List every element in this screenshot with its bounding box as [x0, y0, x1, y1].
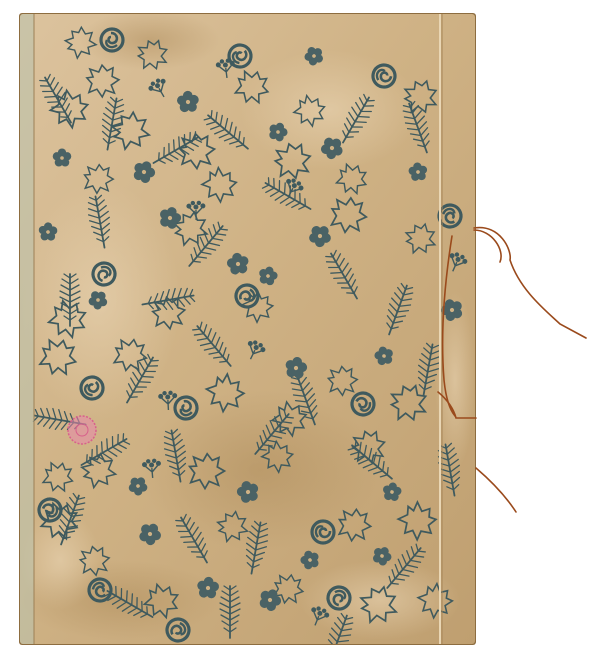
left-edge-strip	[20, 14, 34, 644]
thread-strand	[474, 228, 586, 338]
pink-seal-stamp	[68, 416, 96, 444]
thread-strand	[474, 230, 501, 262]
thread-strand	[476, 468, 516, 512]
book-cover-photo	[0, 0, 600, 662]
book-cover	[20, 10, 475, 662]
